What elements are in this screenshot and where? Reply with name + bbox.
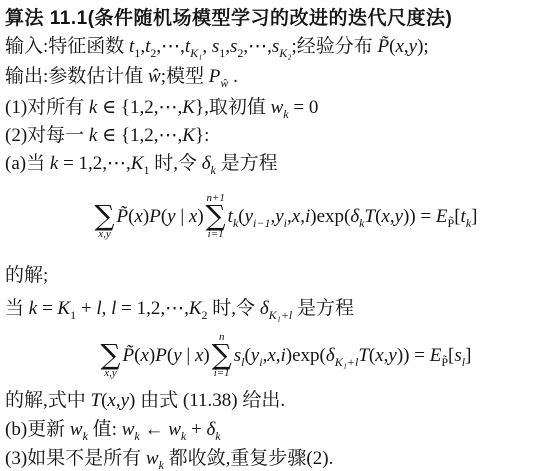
text-token: x bbox=[292, 206, 300, 227]
text-token: δ bbox=[350, 206, 359, 227]
text-token: δ bbox=[326, 345, 335, 366]
text-token: E bbox=[430, 345, 442, 366]
sigma-icon: ∑ bbox=[95, 204, 115, 228]
text-token: 都收敛,重复步骤(2). bbox=[164, 448, 333, 469]
text-token: exp( bbox=[317, 206, 351, 227]
equation-t: ∑x,yP̃(x)P(y | x)n+1∑i=1tk(yi−1,yi,x,i)e… bbox=[5, 191, 531, 245]
text-token: )) = bbox=[397, 345, 430, 366]
text-token: P bbox=[149, 206, 161, 227]
text-token: K₁+l bbox=[269, 308, 293, 322]
text-token: k bbox=[215, 429, 220, 443]
text-token: x bbox=[375, 345, 383, 366]
text-token: } bbox=[195, 97, 204, 118]
text-token: ; bbox=[423, 36, 428, 57]
text-token: ] bbox=[471, 206, 477, 227]
text-token: (b)更新 bbox=[5, 419, 70, 440]
text-token: = 1,2,⋯, bbox=[58, 153, 130, 174]
text-token: δ bbox=[202, 153, 211, 174]
text-token: i−1 bbox=[253, 216, 270, 230]
text-token: x bbox=[107, 390, 115, 411]
text-token: } bbox=[195, 125, 204, 146]
text-token: x bbox=[395, 36, 403, 57]
text-token: ,⋯, bbox=[156, 36, 185, 57]
text-token: + bbox=[76, 298, 96, 319]
text-token: y bbox=[275, 206, 283, 227]
text-token: y bbox=[173, 345, 181, 366]
step2a-line: (a)当 k = 1,2,⋯,K1 时,令 δk 是方程 bbox=[5, 151, 531, 183]
text-token: 输入:特征函数 bbox=[5, 36, 129, 57]
text-token: y bbox=[167, 206, 175, 227]
text-token: (2)对每一 bbox=[5, 125, 89, 146]
text-token: K bbox=[182, 97, 195, 118]
text-token: 当 bbox=[5, 298, 29, 319]
text-token: δ bbox=[260, 298, 269, 319]
text-token: P bbox=[209, 66, 221, 87]
text-token: ,取初值 bbox=[204, 97, 271, 118]
text-token: 算法 11.1(条件随机场模型学习的改进的迭代尺度法) bbox=[5, 8, 452, 29]
text-token: K₂ bbox=[279, 46, 291, 60]
text-token: 由式 (11.38) 给出. bbox=[135, 390, 285, 411]
text-token: y bbox=[395, 206, 403, 227]
text-token: exp( bbox=[292, 345, 326, 366]
text-token: 时,令 bbox=[149, 153, 201, 174]
text-token: K bbox=[57, 298, 70, 319]
text-token: P bbox=[155, 345, 167, 366]
text-token: = bbox=[37, 298, 57, 319]
text-token: (3)如果不是所有 bbox=[5, 448, 146, 469]
text-token: K₁+l bbox=[335, 355, 359, 369]
text-token: ← bbox=[140, 419, 169, 440]
text-token: P̃ bbox=[117, 206, 129, 227]
text-token: , bbox=[102, 298, 112, 319]
text-token: w bbox=[146, 448, 159, 469]
text-token: ) bbox=[197, 206, 203, 227]
algorithm-box: 算法 11.1(条件随机场模型学习的改进的迭代尺度法)输入:特征函数 t1,t2… bbox=[0, 0, 533, 471]
text-token: K bbox=[182, 125, 195, 146]
text-token: w bbox=[70, 419, 83, 440]
text-token: = 0 bbox=[289, 97, 319, 118]
algorithm-title: 算法 11.1(条件随机场模型学习的改进的迭代尺度法) bbox=[5, 6, 531, 32]
text-token: , bbox=[202, 36, 212, 57]
text-token: 的解,式中 bbox=[5, 390, 91, 411]
text-token: K bbox=[131, 153, 144, 174]
text-token: ;经验分布 bbox=[291, 36, 377, 57]
text-token: δ bbox=[206, 419, 215, 440]
text-token: s bbox=[234, 345, 241, 366]
sigma-icon: ∑ bbox=[212, 343, 232, 367]
summation-operator: n∑i=1 bbox=[212, 331, 232, 379]
text-token: 时,令 bbox=[208, 298, 260, 319]
text-token: x bbox=[134, 206, 142, 227]
step2b-line: (b)更新 wk 值: wk ← wk + δk bbox=[5, 417, 531, 449]
text-token: ∈ {1,2,⋯, bbox=[97, 97, 182, 118]
text-token: y bbox=[388, 345, 396, 366]
text-token: ;模型 bbox=[161, 66, 209, 87]
text-token: P̃ bbox=[123, 345, 135, 366]
step2-line: (2)对每一 k ∈ {1,2,⋯,K}: bbox=[5, 123, 531, 149]
text-token: x bbox=[267, 345, 275, 366]
text-token: + bbox=[186, 419, 206, 440]
text-token: y bbox=[121, 390, 129, 411]
input-line: 输入:特征函数 t1,t2,⋯,tK₁, s1,s2,⋯,sK₂;经验分布 P̃… bbox=[5, 34, 531, 66]
text-token: T bbox=[358, 345, 369, 366]
text-token: E bbox=[436, 206, 448, 227]
text-token: T bbox=[91, 390, 102, 411]
sigma-icon: ∑ bbox=[101, 343, 121, 367]
text-token: | bbox=[176, 206, 189, 227]
summation-operator: ∑x,y bbox=[101, 331, 121, 379]
sigma-icon: ∑ bbox=[206, 204, 226, 228]
text-token: w bbox=[122, 419, 135, 440]
text-token: ,⋯, bbox=[243, 36, 272, 57]
text-token: y bbox=[409, 36, 417, 57]
text-token: x bbox=[381, 206, 389, 227]
text-token: 是方程 bbox=[216, 153, 278, 174]
text-token: = 1,2,⋯, bbox=[116, 298, 188, 319]
text-token: ŵ bbox=[148, 66, 161, 87]
solution2-line: 的解,式中 T(x,y) 由式 (11.38) 给出. bbox=[5, 388, 531, 414]
summation-operator: ∑x,y bbox=[95, 192, 115, 240]
case2-line: 当 k = K1 + l, l = 1,2,⋯,K2 时,令 δK₁+l 是方程 bbox=[5, 296, 531, 328]
text-token: ) bbox=[203, 345, 209, 366]
text-token: ] bbox=[465, 345, 471, 366]
solution1-line: 的解; bbox=[5, 263, 531, 289]
text-token: 的解; bbox=[5, 265, 48, 286]
text-token: k bbox=[29, 298, 37, 319]
text-token: P̃ bbox=[378, 36, 390, 57]
text-token: | bbox=[182, 345, 195, 366]
text-token: s bbox=[454, 345, 461, 366]
text-token: y bbox=[245, 206, 253, 227]
output-line: 输出:参数估计值 ŵ;模型 Pŵ . bbox=[5, 64, 531, 96]
text-token: 输出:参数估计值 bbox=[5, 66, 148, 87]
step3-line: (3)如果不是所有 wk 都收敛,重复步骤(2). bbox=[5, 446, 531, 471]
text-token: w bbox=[271, 97, 284, 118]
text-token: : bbox=[204, 125, 209, 146]
text-token: . bbox=[228, 66, 238, 87]
text-token: (1)对所有 bbox=[5, 97, 89, 118]
text-token: 是方程 bbox=[292, 298, 354, 319]
text-token: )) = bbox=[403, 206, 436, 227]
text-token: ∈ {1,2,⋯, bbox=[97, 125, 182, 146]
text-token: K₁ bbox=[190, 46, 202, 60]
summation-operator: n+1∑i=1 bbox=[206, 192, 226, 240]
text-token: 值: bbox=[88, 419, 122, 440]
text-token: x bbox=[140, 345, 148, 366]
text-token: w bbox=[168, 419, 181, 440]
text-token: T bbox=[365, 206, 376, 227]
text-token: y bbox=[251, 345, 259, 366]
equation-s: ∑x,yP̃(x)P(y | x)n∑i=1sl(yi,x,i)exp(δK₁+… bbox=[5, 330, 531, 384]
text-token: K bbox=[189, 298, 202, 319]
text-token: (a)当 bbox=[5, 153, 50, 174]
